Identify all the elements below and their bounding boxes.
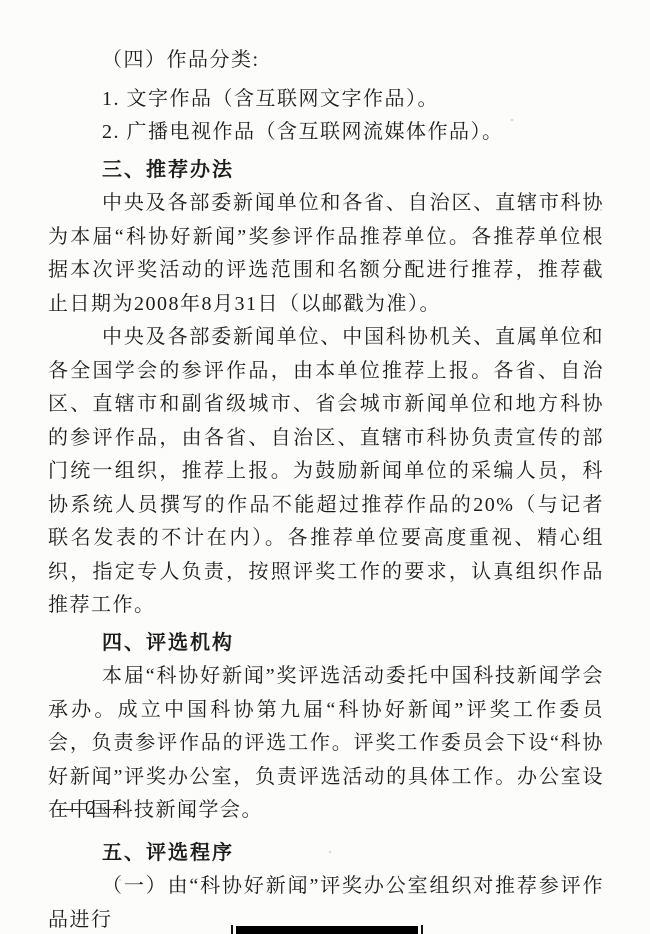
document-page: （四）作品分类: 1. 文字作品（含互联网文字作品）。 2. 广播电视作品（含互… — [0, 0, 650, 934]
paragraph-selection-procedure-start: （一）由“科协好新闻”评奖办公室组织对推荐参评作品进行 — [48, 870, 604, 934]
section-heading-recommendation-method: 三、推荐办法 — [48, 154, 604, 188]
scan-artifact-tick-right — [421, 925, 423, 934]
paragraph-recommendation-units: 中央及各部委新闻单位和各省、自治区、直辖市科协为本届“科协好新闻”奖参评作品推荐… — [48, 187, 604, 321]
page-number: — 2 — — [57, 797, 127, 820]
document-body: （四）作品分类: 1. 文字作品（含互联网文字作品）。 2. 广播电视作品（含互… — [48, 44, 604, 934]
section-heading-selection-procedure: 五、评选程序 — [48, 837, 604, 871]
scan-artifact-tick-left — [231, 925, 233, 934]
paragraph-submission-rules: 中央及各部委新闻单位、中国科协机关、直属单位和各全国学会的参评作品，由本单位推荐… — [48, 321, 604, 623]
section-heading-selection-organization: 四、评选机构 — [48, 627, 604, 661]
scan-artifact-bar — [236, 926, 418, 934]
list-item-broadcast-works: 2. 广播电视作品（含互联网流媒体作品）。 — [48, 116, 604, 150]
paragraph-selection-organization: 本届“科协好新闻”奖评选活动委托中国科技新闻学会承办。成立中国科协第九届“科协好… — [48, 660, 604, 828]
clause-work-classification: （四）作品分类: — [48, 44, 604, 78]
list-item-text-works: 1. 文字作品（含互联网文字作品）。 — [48, 83, 604, 117]
